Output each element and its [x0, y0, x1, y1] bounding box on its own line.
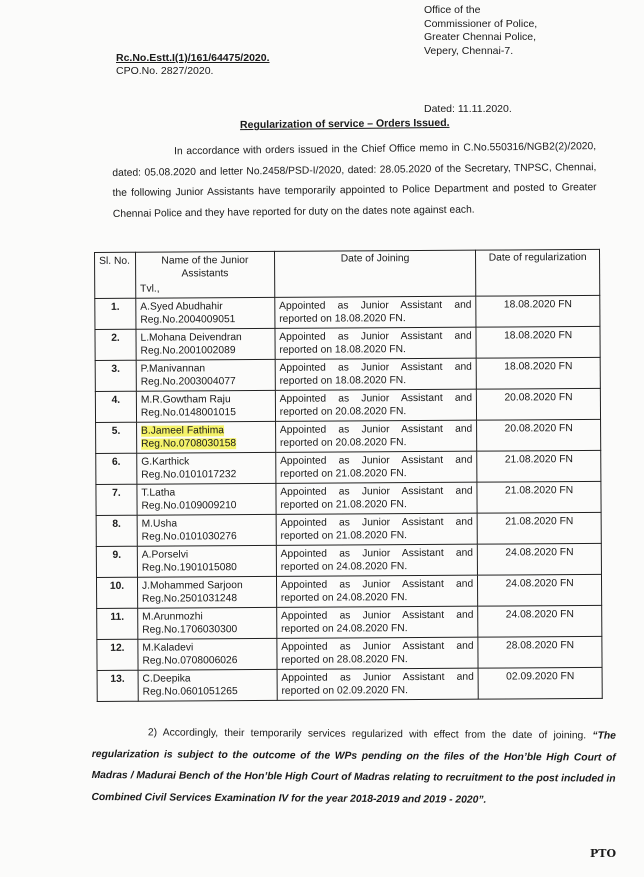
- table-row: 4.M.R.Gowtham RajuReg.No.0148001015Appoi…: [95, 388, 600, 422]
- assistant-name: G.Karthick: [141, 456, 189, 467]
- cell-date-of-joining: Appointed as Junior Assistant and report…: [276, 606, 478, 638]
- cell-name: T.LathaReg.No.0109009210: [137, 483, 276, 515]
- table-row: 1.A.Syed AbudhahirReg.No.2004009051Appoi…: [95, 295, 600, 329]
- pto-label: PTO: [590, 847, 616, 860]
- cpo-number: CPO.No. 2827/2020.: [116, 65, 270, 78]
- assistant-name: M.Usha: [142, 518, 178, 529]
- cell-date-of-regularization: 18.08.2020 FN: [476, 295, 600, 327]
- registration-number: Reg.No.0101030276: [142, 531, 237, 543]
- assistant-name: B.Jameel Fathima: [141, 425, 224, 437]
- table-row: 8.M.UshaReg.No.0101030276Appointed as Ju…: [96, 512, 601, 546]
- cell-name: L.Mohana DeivendranReg.No.2001002089: [136, 328, 275, 360]
- assistant-name: T.Latha: [141, 488, 175, 499]
- cell-date-of-regularization: 28.08.2020 FN: [478, 636, 602, 668]
- cell-date-of-regularization: 20.08.2020 FN: [477, 388, 601, 420]
- cell-date-of-joining: Appointed as Junior Assistant and report…: [275, 358, 477, 390]
- rc-number: Rc.No.Estt.I(1)/161/64475/2020.: [116, 52, 270, 65]
- table-row: 12.M.KaladeviReg.No.0708006026Appointed …: [97, 636, 602, 670]
- cell-name: M.R.Gowtham RajuReg.No.0148001015: [136, 390, 275, 422]
- cell-sl-no: 12.: [97, 639, 138, 670]
- office-address: Office of the Commissioner of Police, Gr…: [424, 4, 537, 58]
- cell-date-of-joining: Appointed as Junior Assistant and report…: [276, 513, 478, 545]
- cell-date-of-regularization: 24.08.2020 FN: [477, 543, 601, 575]
- registration-number: Reg.No.0708006026: [142, 655, 237, 667]
- table-row: 13.C.DeepikaReg.No.0601051265Appointed a…: [97, 667, 602, 701]
- cell-sl-no: 10.: [96, 577, 137, 608]
- order-paragraph: 2) Accordingly, their temporarily servic…: [91, 722, 616, 812]
- cell-sl-no: 2.: [95, 329, 136, 360]
- registration-number: Reg.No.0101017232: [141, 469, 236, 481]
- cell-date-of-joining: Appointed as Junior Assistant and report…: [276, 544, 478, 576]
- cell-date-of-joining: Appointed as Junior Assistant and report…: [275, 327, 477, 359]
- cell-name: A.Syed AbudhahirReg.No.2004009051: [136, 297, 275, 329]
- header-name: Name of the Junior Assistants Tvl.,: [135, 251, 274, 298]
- table-row: 9.A.PorselviReg.No.1901015080Appointed a…: [96, 543, 601, 577]
- assistant-name: M.Kaladevi: [142, 642, 193, 653]
- order-paragraph-lead: 2) Accordingly, their temporarily servic…: [148, 727, 586, 741]
- cell-name: M.UshaReg.No.0101030276: [137, 514, 276, 546]
- assistant-name: J.Mohammed Sarjoon: [142, 580, 243, 592]
- assistant-name: P.Manivannan: [141, 363, 206, 374]
- cell-date-of-regularization: 21.08.2020 FN: [477, 512, 601, 544]
- table-row: 7.T.LathaReg.No.0109009210Appointed as J…: [96, 481, 601, 515]
- cell-sl-no: 4.: [95, 391, 136, 422]
- cell-date-of-regularization: 18.08.2020 FN: [476, 326, 600, 358]
- assistant-name: A.Syed Abudhahir: [140, 301, 223, 313]
- cell-date-of-joining: Appointed as Junior Assistant and report…: [277, 637, 479, 669]
- cell-name: M.KaladeviReg.No.0708006026: [138, 638, 277, 670]
- office-line: Commissioner of Police,: [424, 18, 537, 32]
- registration-number: Reg.No.0148001015: [141, 407, 236, 419]
- registration-number: Reg.No.0708030158: [141, 438, 236, 450]
- cell-date-of-regularization: 24.08.2020 FN: [478, 574, 602, 606]
- cell-date-of-joining: Appointed as Junior Assistant and report…: [275, 296, 477, 328]
- cell-date-of-joining: Appointed as Junior Assistant and report…: [275, 451, 477, 483]
- header-sl-no: Sl. No.: [95, 252, 136, 298]
- cell-name: P.ManivannanReg.No.2003004077: [136, 359, 275, 391]
- header-name-prefix: Tvl.,: [140, 282, 270, 296]
- cell-sl-no: 13.: [97, 670, 138, 701]
- cell-sl-no: 11.: [97, 608, 138, 639]
- table-row: 6.G.KarthickReg.No.0101017232Appointed a…: [96, 450, 601, 484]
- cell-name: G.KarthickReg.No.0101017232: [137, 452, 276, 484]
- cell-date-of-joining: Appointed as Junior Assistant and report…: [275, 389, 477, 421]
- cell-sl-no: 1.: [95, 298, 136, 329]
- registration-number: Reg.No.2003004077: [141, 376, 236, 388]
- office-line: Greater Chennai Police,: [424, 31, 537, 45]
- document-date: Dated: 11.11.2020.: [424, 103, 512, 115]
- table-header-row: Sl. No. Name of the Junior Assistants Tv…: [95, 249, 600, 298]
- reference-block: Rc.No.Estt.I(1)/161/64475/2020. CPO.No. …: [116, 52, 270, 78]
- registration-number: Reg.No.2501031248: [142, 593, 237, 605]
- cell-sl-no: 3.: [95, 360, 136, 391]
- intro-paragraph: In accordance with orders issued in the …: [112, 137, 597, 225]
- cell-date-of-regularization: 02.09.2020 FN: [478, 667, 602, 699]
- cell-name: J.Mohammed SarjoonReg.No.2501031248: [137, 576, 276, 608]
- order-paragraph-quote: “The regularization is subject to the ou…: [91, 730, 616, 805]
- cell-date-of-regularization: 18.08.2020 FN: [476, 357, 600, 389]
- cell-date-of-regularization: 21.08.2020 FN: [477, 450, 601, 482]
- cell-name: C.DeepikaReg.No.0601051265: [138, 669, 277, 701]
- cell-date-of-joining: Appointed as Junior Assistant and report…: [275, 420, 477, 452]
- table-row: 2.L.Mohana DeivendranReg.No.2001002089Ap…: [95, 326, 600, 360]
- registration-number: Reg.No.2001002089: [140, 345, 235, 357]
- cell-date-of-joining: Appointed as Junior Assistant and report…: [277, 668, 479, 700]
- junior-assistants-table: Sl. No. Name of the Junior Assistants Tv…: [94, 249, 603, 702]
- cell-date-of-regularization: 20.08.2020 FN: [477, 419, 601, 451]
- assistant-name: C.Deepika: [142, 673, 190, 684]
- header-name-label: Name of the Junior Assistants: [161, 255, 248, 279]
- cell-sl-no: 9.: [96, 546, 137, 577]
- registration-number: Reg.No.1706030300: [142, 624, 237, 636]
- cell-sl-no: 7.: [96, 484, 137, 515]
- registration-number: Reg.No.0109009210: [141, 500, 236, 512]
- registration-number: Reg.No.1901015080: [142, 562, 237, 574]
- cell-name: M.ArunmozhiReg.No.1706030300: [138, 607, 277, 639]
- table-row: 10.J.Mohammed SarjoonReg.No.2501031248Ap…: [96, 574, 601, 608]
- table-row: 3.P.ManivannanReg.No.2003004077Appointed…: [95, 357, 600, 391]
- assistant-name: A.Porselvi: [142, 549, 188, 560]
- assistant-name: L.Mohana Deivendran: [140, 332, 241, 344]
- cell-date-of-joining: Appointed as Junior Assistant and report…: [276, 575, 478, 607]
- cell-date-of-regularization: 21.08.2020 FN: [477, 481, 601, 513]
- cell-sl-no: 6.: [96, 453, 137, 484]
- subject-heading: Regularization of service – Orders Issue…: [240, 117, 450, 131]
- document-page: Rc.No.Estt.I(1)/161/64475/2020. CPO.No. …: [0, 0, 644, 877]
- table-row: 5.B.Jameel FathimaReg.No.0708030158Appoi…: [96, 419, 601, 453]
- registration-number: Reg.No.0601051265: [143, 686, 238, 698]
- office-line: Office of the: [424, 4, 537, 18]
- assistant-name: M.Arunmozhi: [142, 611, 203, 622]
- cell-sl-no: 8.: [96, 515, 137, 546]
- cell-date-of-joining: Appointed as Junior Assistant and report…: [276, 482, 478, 514]
- cell-name: A.PorselviReg.No.1901015080: [137, 545, 276, 577]
- header-date-of-joining: Date of Joining: [274, 250, 476, 297]
- cell-date-of-regularization: 24.08.2020 FN: [478, 605, 602, 637]
- header-date-of-regularization: Date of regularization: [476, 249, 600, 296]
- registration-number: Reg.No.2004009051: [140, 314, 235, 326]
- office-line: Vepery, Chennai-7.: [424, 45, 537, 59]
- intro-paragraph-text: In accordance with orders issued in the …: [112, 141, 596, 219]
- table-body: 1.A.Syed AbudhahirReg.No.2004009051Appoi…: [95, 295, 602, 701]
- table-row: 11.M.ArunmozhiReg.No.1706030300Appointed…: [97, 605, 602, 639]
- cell-sl-no: 5.: [96, 422, 137, 453]
- cell-name: B.Jameel FathimaReg.No.0708030158: [136, 421, 275, 453]
- assistant-name: M.R.Gowtham Raju: [141, 394, 231, 406]
